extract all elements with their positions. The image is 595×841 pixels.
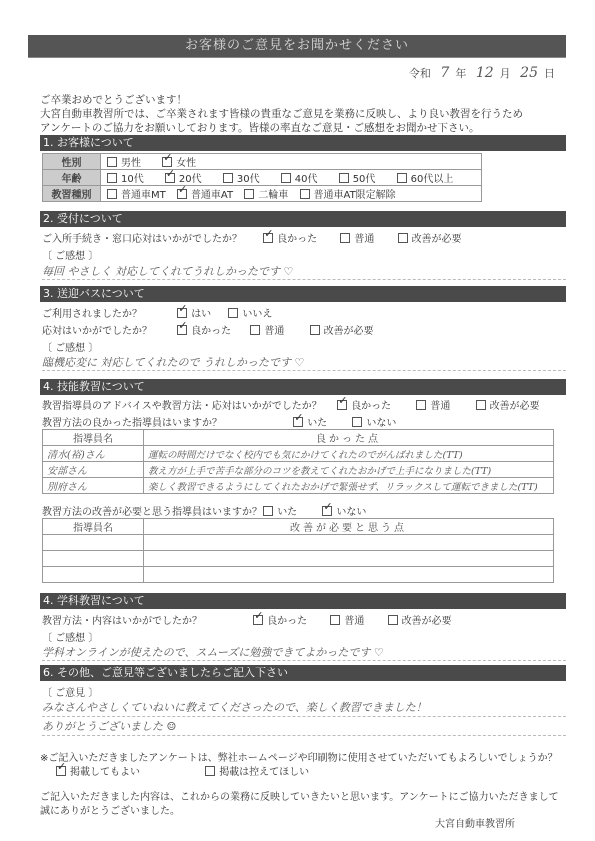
checkbox-icon[interactable] <box>352 417 362 427</box>
comment-label: 〔 ご感想 〕 <box>42 339 98 354</box>
option-label: 普通 <box>344 616 364 627</box>
checkbox-checked-icon[interactable] <box>177 308 187 318</box>
gender-options: 男性 女性 <box>101 154 482 170</box>
month-value[interactable]: 12 <box>476 65 494 81</box>
instructor-name-cell[interactable]: 清水(裕)さん <box>43 446 144 462</box>
checkbox-checked-icon[interactable] <box>177 325 187 335</box>
option-label: 改善が必要 <box>324 326 374 337</box>
checkbox-icon[interactable] <box>340 233 350 243</box>
checkbox-icon[interactable] <box>205 766 215 776</box>
option-no[interactable]: いない <box>322 503 366 518</box>
table-row: 清水(裕)さん 運転の時間だけでなく校内でも気にかけてくれたのでがんばれました(… <box>43 446 554 462</box>
question-text: 応対はいかがでしたか？ <box>42 322 174 337</box>
option-good[interactable]: 良かった <box>253 612 307 627</box>
year-value[interactable]: 7 <box>440 65 449 81</box>
column-header: 良かった点 <box>144 430 554 446</box>
checkbox-icon[interactable] <box>476 400 486 410</box>
option-no[interactable]: いいえ <box>228 305 272 320</box>
checkbox-checked-icon[interactable] <box>177 189 187 199</box>
section-heading-reception: 2. 受付について <box>40 211 566 227</box>
instructor-name-cell[interactable]: 安部さん <box>43 462 144 478</box>
instructor-advice-question: 教習指導員のアドバイスや教習方法・応対はいかがでしたか？ 良かった 普通 改善が… <box>42 397 558 412</box>
option-label: いた <box>277 507 297 518</box>
table-row <box>43 567 554 583</box>
other-comment-line-2[interactable]: ありがとうございました ☺ <box>42 718 566 736</box>
option-label: 普通 <box>354 234 374 245</box>
option-needs-improvement[interactable]: 改善が必要 <box>476 397 540 412</box>
age-options: 10代 20代 30代 40代 50代 60代以上 <box>101 170 482 186</box>
improvement-point-cell[interactable] <box>144 535 554 551</box>
option-label: いた <box>307 418 327 429</box>
good-point-cell[interactable]: 運転の時間だけでなく校内でも気にかけてくれたのでがんばれました(TT) <box>144 446 554 462</box>
option-label: 普通車MT <box>121 190 166 201</box>
option-10s[interactable]: 10代 <box>107 170 144 185</box>
good-instructor-table: 指導員名 良かった点 清水(裕)さん 運転の時間だけでなく校内でも気にかけてくれ… <box>42 429 554 494</box>
question-text: 教習方法の良かった指導員はいますか？ <box>42 414 290 429</box>
reception-comment[interactable]: 毎回 やさしく 対応してくれてうれしかったです ♡ <box>42 263 566 280</box>
option-label: いない <box>366 418 396 429</box>
intro-text: ご卒業おめでとうございます！ 大宮自動車教習所では、ご卒業されます皆様の貴重なご… <box>40 93 523 135</box>
instructor-name-cell[interactable] <box>43 567 144 583</box>
day-value[interactable]: 25 <box>520 65 538 81</box>
good-point-cell[interactable]: 教え方が上手で苦手な部分のコツを教えてくれたおかげで上手になりました(TT) <box>144 462 554 478</box>
checkbox-icon[interactable] <box>388 615 398 625</box>
checkbox-icon[interactable] <box>416 400 426 410</box>
section-heading-driving-lessons: 4. 技能教習について <box>40 379 566 395</box>
improvement-point-cell[interactable] <box>144 567 554 583</box>
row-label: 性別 <box>43 154 101 170</box>
option-motorcycle[interactable]: 二輪車 <box>244 186 288 201</box>
month-unit: 月 <box>500 67 511 80</box>
option-publish-ok[interactable]: 掲載してもよい <box>56 766 140 780</box>
checkbox-icon[interactable] <box>244 189 254 199</box>
checkbox-icon[interactable] <box>250 325 260 335</box>
option-label: 40代 <box>295 174 318 185</box>
table-row <box>43 551 554 567</box>
option-at-limit-removal[interactable]: 普通車AT限定解除 <box>300 186 396 201</box>
column-header: 指導員名 <box>43 430 144 446</box>
option-label: 良かった <box>267 616 307 627</box>
checkbox-checked-icon[interactable] <box>162 157 172 167</box>
option-label: 掲載してもよい <box>70 767 140 778</box>
table-row: 安部さん 教え方が上手で苦手な部分のコツを教えてくれたおかげで上手になりました(… <box>43 462 554 478</box>
checkbox-icon[interactable] <box>107 189 117 199</box>
closing-text: ご記入いただきました内容は、これからの業務に反映していきたいと思います。アンケー… <box>40 791 559 819</box>
checkbox-icon[interactable] <box>310 325 320 335</box>
question-text: 教習方法の改善が必要と思う指導員はいますか？ <box>42 503 260 518</box>
column-header: 改善が必要と思う点 <box>144 519 554 535</box>
option-mt[interactable]: 普通車MT <box>107 186 166 201</box>
checkbox-checked-icon[interactable] <box>56 766 66 776</box>
option-label: 良かった <box>351 401 391 412</box>
era-label: 令和 <box>409 67 431 80</box>
instructor-name-cell[interactable] <box>43 551 144 567</box>
publish-question: ※ご記入いただきましたアンケートは、弊社ホームページや印刷物に使用させていただい… <box>40 752 558 766</box>
row-label: 教習種別 <box>43 186 101 202</box>
table-row: 性別 男性 女性 <box>43 154 482 170</box>
year-unit: 年 <box>455 67 466 80</box>
option-label: 普通 <box>430 401 450 412</box>
option-needs-improvement[interactable]: 改善が必要 <box>388 612 452 627</box>
question-text: 教習指導員のアドバイスや教習方法・応対はいかがでしたか？ <box>42 397 334 412</box>
bus-usage-question: ご利用されましたか？ はい いいえ <box>42 305 290 320</box>
section-heading-classroom-lessons: 4. 学科教習について <box>40 593 566 609</box>
option-50s[interactable]: 50代 <box>339 170 376 185</box>
bus-service-question: 応対はいかがでしたか？ 良かった 普通 改善が必要 <box>42 322 392 337</box>
classroom-question: 教習方法・内容はいかがでしたか？ 良かった 普通 改善が必要 <box>42 612 470 627</box>
closing-line: 誠にありがとうございました。 <box>40 805 559 819</box>
option-label: 60代以上 <box>411 174 454 185</box>
option-label: 掲載は控えてほしい <box>219 767 309 778</box>
checkbox-icon[interactable] <box>339 173 349 183</box>
checkbox-icon[interactable] <box>228 308 238 318</box>
checkbox-checked-icon[interactable] <box>322 506 332 516</box>
table-row: 別府さん 楽しく教習できるようにしてくれたおかげで緊張せず、リラックスして運転で… <box>43 478 554 494</box>
intro-line: アンケートのご協力をお願いしております。皆様の率直なご意見・ご感想をお聞かせ下さ… <box>40 121 523 135</box>
option-label: いいえ <box>242 309 272 320</box>
checkbox-icon[interactable] <box>223 173 233 183</box>
intro-line: 大宮自動車教習所では、ご卒業されます皆様の貴重なご意見を業務に反映し、より良い教… <box>40 107 523 121</box>
good-instructor-question: 教習方法の良かった指導員はいますか？ いた いない <box>42 414 414 429</box>
course-options: 普通車MT 普通車AT 二輪車 普通車AT限定解除 <box>101 186 482 202</box>
option-needs-improvement[interactable]: 改善が必要 <box>398 230 462 245</box>
table-header-row: 指導員名 改善が必要と思う点 <box>43 519 554 535</box>
option-yes[interactable]: いた <box>293 414 327 429</box>
question-text: ご入所手続き・窓口応対はいかがでしたか？ <box>42 230 260 245</box>
customer-info-table: 性別 男性 女性 年齢 10代 20代 30代 40代 50代 60代以上 教習… <box>42 153 482 202</box>
date-field: 令和 7年 12月 25日 <box>409 65 555 81</box>
question-text: ご利用されましたか？ <box>42 305 174 320</box>
option-good[interactable]: 良かった <box>337 397 391 412</box>
option-label: 普通車AT限定解除 <box>314 190 396 201</box>
option-label: 改善が必要 <box>490 401 540 412</box>
checkbox-icon[interactable] <box>107 157 117 167</box>
option-label: 改善が必要 <box>402 616 452 627</box>
option-good[interactable]: 良かった <box>177 322 231 337</box>
improvement-instructor-table: 指導員名 改善が必要と思う点 <box>42 518 554 583</box>
checkbox-icon[interactable] <box>300 189 310 199</box>
option-at[interactable]: 普通車AT <box>177 186 233 201</box>
checkbox-icon[interactable] <box>398 233 408 243</box>
option-label: 30代 <box>237 174 260 185</box>
option-average[interactable]: 普通 <box>416 397 450 412</box>
option-good[interactable]: 良かった <box>263 230 317 245</box>
checkbox-icon[interactable] <box>263 506 273 516</box>
checkbox-icon[interactable] <box>397 173 407 183</box>
checkbox-checked-icon[interactable] <box>293 417 303 427</box>
improvement-point-cell[interactable] <box>144 551 554 567</box>
other-comment-line-1[interactable]: みなさんやさしくていねいに教えてくださったので、楽しく教習できました！ <box>42 699 566 717</box>
row-label: 年齢 <box>43 170 101 186</box>
question-text: 教習方法・内容はいかがでしたか？ <box>42 612 250 627</box>
option-publish-decline[interactable]: 掲載は控えてほしい <box>205 766 309 780</box>
option-no[interactable]: いない <box>352 414 396 429</box>
option-needs-improvement[interactable]: 改善が必要 <box>310 322 374 337</box>
option-label: いない <box>336 507 366 518</box>
closing-line: ご記入いただきました内容は、これからの業務に反映していきたいと思います。アンケー… <box>40 791 559 805</box>
checkbox-checked-icon[interactable] <box>337 400 347 410</box>
option-label: 良かった <box>191 326 231 337</box>
bus-comment[interactable]: 臨機応変に 対応してくれたので うれしかったです ♡ <box>42 354 566 371</box>
improvement-instructor-question: 教習方法の改善が必要と思う指導員はいますか？ いた いない <box>42 503 384 518</box>
option-label: 改善が必要 <box>412 234 462 245</box>
option-average[interactable]: 普通 <box>340 230 374 245</box>
option-60s-plus[interactable]: 60代以上 <box>397 170 454 185</box>
option-label: 10代 <box>121 174 144 185</box>
checkbox-checked-icon[interactable] <box>263 233 273 243</box>
checkbox-icon[interactable] <box>107 173 117 183</box>
option-yes[interactable]: はい <box>177 305 211 320</box>
good-point-cell[interactable]: 楽しく教習できるようにしてくれたおかげで緊張せず、リラックスして運転できました(… <box>144 478 554 494</box>
option-30s[interactable]: 30代 <box>223 170 260 185</box>
table-row: 年齢 10代 20代 30代 40代 50代 60代以上 <box>43 170 482 186</box>
column-header: 指導員名 <box>43 519 144 535</box>
checkbox-icon[interactable] <box>281 173 291 183</box>
option-label: 二輪車 <box>258 190 288 201</box>
option-label: 男性 <box>121 158 141 169</box>
option-male[interactable]: 男性 <box>107 154 141 169</box>
option-label: 良かった <box>277 234 317 245</box>
checkbox-checked-icon[interactable] <box>253 615 263 625</box>
table-header-row: 指導員名 良かった点 <box>43 430 554 446</box>
option-yes[interactable]: いた <box>263 503 297 518</box>
checkbox-checked-icon[interactable] <box>165 173 175 183</box>
section-heading-shuttle-bus: 3. 送迎バスについて <box>40 286 566 302</box>
checkbox-icon[interactable] <box>330 615 340 625</box>
table-row <box>43 535 554 551</box>
classroom-comment[interactable]: 学科オンラインが使えたので、スムーズに勉強できてよかったです ♡ <box>42 644 566 661</box>
option-label: 普通車AT <box>191 190 233 201</box>
intro-line: ご卒業おめでとうございます！ <box>40 93 523 107</box>
table-row: 教習種別 普通車MT 普通車AT 二輪車 普通車AT限定解除 <box>43 186 482 202</box>
reception-question: ご入所手続き・窓口応対はいかがでしたか？ 良かった 普通 改善が必要 <box>42 230 480 245</box>
day-unit: 日 <box>544 67 555 80</box>
comment-label: 〔 ご意見 〕 <box>42 684 98 699</box>
section-heading-other-comments: 6. その他、ご意見等ございましたらご記入下さい <box>40 665 566 681</box>
option-label: 50代 <box>353 174 376 185</box>
comment-label: 〔 ご感想 〕 <box>42 247 98 262</box>
option-average[interactable]: 普通 <box>250 322 284 337</box>
option-label: 普通 <box>264 326 284 337</box>
page-title: お客様のご意見をお聞かせください <box>28 35 566 58</box>
comment-label: 〔 ご感想 〕 <box>42 629 98 644</box>
option-label: はい <box>191 309 211 320</box>
section-heading-customer: 1. お客様について <box>40 135 566 151</box>
publish-options: 掲載してもよい 掲載は控えてほしい <box>56 766 327 780</box>
signature: 大宮自動車教習所 <box>435 818 515 832</box>
instructor-name-cell[interactable]: 別府さん <box>43 478 144 494</box>
instructor-name-cell[interactable] <box>43 535 144 551</box>
option-label: 女性 <box>176 158 196 169</box>
option-40s[interactable]: 40代 <box>281 170 318 185</box>
option-average[interactable]: 普通 <box>330 612 364 627</box>
